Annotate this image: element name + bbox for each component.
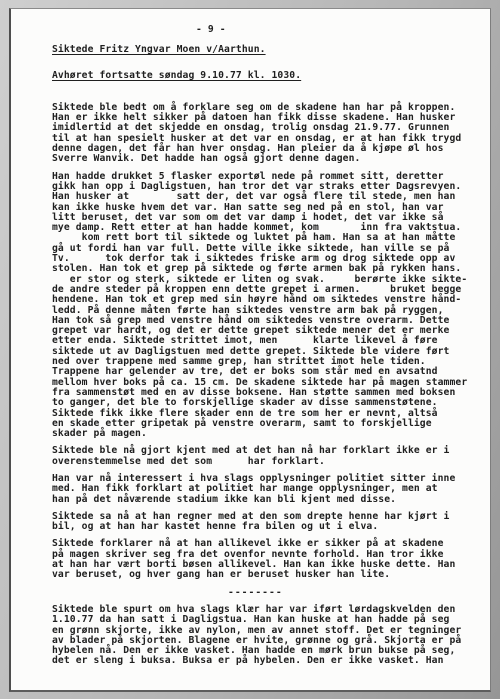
document-page: - 9 - Siktede Fritz Yngvar Moen v/Aarthu… [9,8,491,692]
hearing-subtitle: Avhøret fortsatte søndag 9.10.77 kl. 103… [52,71,474,81]
paragraph-discrepancy-notice: Siktede ble nå gjort kjent med at det ha… [52,446,474,467]
paragraph-retraction: Siktede forklarer nå at han allikevel ik… [52,539,474,580]
page-number: - 9 - [196,25,474,35]
paragraph-clothing: Siktede ble spurt om hva slags klær har … [52,605,474,667]
paragraph-police-information: Han var nå interessert i hva slags opply… [52,474,474,505]
case-title: Siktede Fritz Yngvar Moen v/Aarthun. [52,45,474,55]
paragraph-perpetrator-theory: Siktede sa nå at han regner med at den s… [52,512,474,533]
paragraph-injury-date: Siktede ble bedt om å forklare seg om de… [52,103,474,165]
section-separator: -------- [228,588,474,598]
paragraph-dagligstuen-incident: Han hadde drukket 5 flasker exportøl ned… [52,172,474,440]
